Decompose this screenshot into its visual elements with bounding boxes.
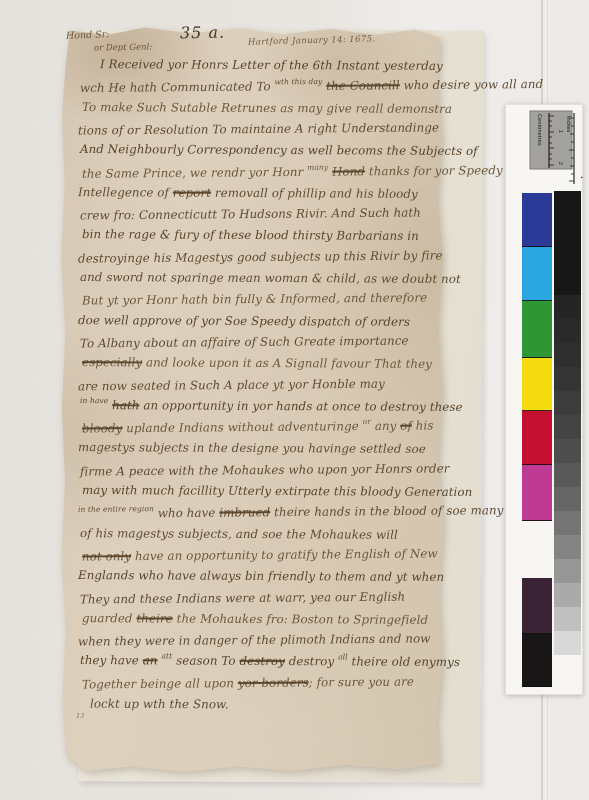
- gray-step: [554, 607, 581, 631]
- color-patch-dark-blue: [522, 193, 552, 247]
- folio-mark: 13: [76, 712, 84, 720]
- ruler-inch-number-1: 1: [579, 176, 583, 179]
- color-patch-black: [522, 634, 552, 687]
- gray-step: [554, 191, 581, 295]
- grayscale-wedge: [554, 191, 581, 655]
- ruler-label-inches: Inches: [565, 116, 571, 132]
- ruler-card: Inches Centimetres 1 2 1: [529, 110, 583, 188]
- ruler-cm-number-1: 1: [557, 130, 563, 133]
- color-patch-yellow: [522, 358, 552, 411]
- archival-page-number: 35 a.: [180, 23, 225, 43]
- gray-step: [554, 487, 581, 511]
- gray-step: [554, 319, 581, 343]
- gray-step: [554, 415, 581, 439]
- color-patch-cyan: [522, 247, 552, 301]
- gray-step: [554, 367, 581, 391]
- color-patch-plum: [522, 578, 552, 634]
- gray-step: [554, 343, 581, 367]
- gray-step: [554, 583, 581, 607]
- gray-step: [554, 535, 581, 559]
- gray-step: [554, 439, 581, 463]
- manuscript-photo: Hond Sr: or Dept Genl: 35 a. Hartford Ja…: [0, 0, 589, 800]
- calibration-card: Inches Centimetres 1 2 1: [505, 104, 583, 695]
- color-patch-magenta: [522, 465, 552, 521]
- gray-step: [554, 511, 581, 535]
- color-patch-red: [522, 411, 552, 465]
- gray-step: [554, 391, 581, 415]
- gray-step: [554, 463, 581, 487]
- color-patch-white-gap: [522, 521, 552, 578]
- gray-step: [554, 295, 581, 319]
- color-patch-column: [522, 193, 552, 687]
- manuscript-page: [60, 26, 446, 774]
- salutation: Hond Sr:: [66, 29, 110, 42]
- gray-step: [554, 559, 581, 583]
- manuscript-page-wrap: [60, 26, 446, 774]
- color-patch-green: [522, 301, 552, 358]
- salutation-secondary: or Dept Genl:: [94, 42, 152, 53]
- ruler-label-centimetres: Centimetres: [536, 114, 542, 146]
- gray-step: [554, 631, 581, 655]
- ruler-cm-number-2: 2: [557, 162, 563, 165]
